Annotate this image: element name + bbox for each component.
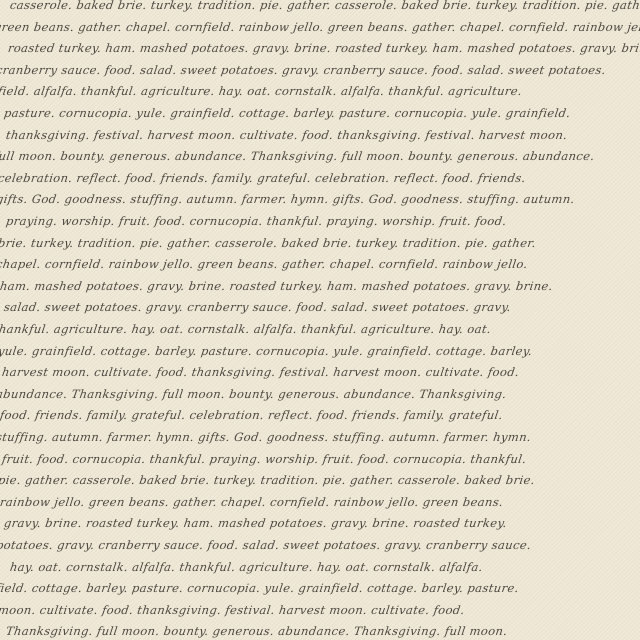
script-text-row: fruit. food. cornucopia. thankful. prayi… — [1, 452, 527, 466]
script-text-row: roasted turkey. ham. mashed potatoes. gr… — [7, 41, 640, 55]
script-text-row: gravy. brine. roasted turkey. ham. mashe… — [3, 516, 508, 530]
fabric-pattern: casserole. baked brie. turkey. tradition… — [0, 0, 640, 640]
script-text-row: chapel. cornfield. rainbow jello. green … — [0, 257, 529, 271]
script-text-row: pie. gather. casserole. baked brie. turk… — [0, 473, 536, 487]
script-text-row: casserole. baked brie. turkey. tradition… — [9, 0, 640, 12]
script-text-row: field. alfalfa. thankful. agriculture. h… — [0, 84, 523, 98]
script-text-row: green beans. gather. chapel. cornfield. … — [0, 20, 640, 34]
script-text-row: field. cottage. barley. pasture. cornuco… — [0, 581, 520, 595]
script-text-row: harvest moon. cultivate. food. thanksgiv… — [1, 365, 520, 379]
script-text-row: gifts. God. goodness. stuffing. autumn. … — [0, 192, 576, 206]
script-text-row: pasture. cornucopia. yule. grainfield. c… — [3, 106, 572, 120]
script-text-row: abundance. Thanksgiving. full moon. boun… — [0, 387, 508, 401]
script-text-row: ham. mashed potatoes. gravy. brine. roas… — [0, 279, 554, 293]
script-text-row: salad. sweet potatoes. gravy. cranberry … — [3, 300, 512, 314]
script-text-row: Thanksgiving. full moon. bounty. generou… — [5, 624, 508, 638]
script-text-row: rainbow jello. green beans. gather. chap… — [0, 495, 504, 509]
script-text-row: potatoes. gravy. cranberry sauce. food. … — [0, 538, 532, 552]
script-text-row: moon. cultivate. food. thanksgiving. fes… — [0, 603, 466, 617]
script-text-row: thankful. agriculture. hay. oat. cornsta… — [0, 322, 492, 336]
script-text-row: praying. worship. fruit. food. cornucopi… — [5, 214, 508, 228]
script-text-row: thanksgiving. festival. harvest moon. cu… — [5, 128, 568, 142]
script-text-row: stuffing. autumn. farmer. hymn. gifts. G… — [0, 430, 532, 444]
script-text-row: celebration. reflect. food. friends. fam… — [0, 171, 527, 185]
script-text-row: full moon. bounty. generous. abundance. … — [0, 149, 596, 163]
script-text-row: hay. oat. cornstalk. alfalfa. thankful. … — [9, 560, 484, 574]
script-text-row: food. friends. family. grateful. celebra… — [0, 408, 504, 422]
script-text-row: cranberry sauce. food. salad. sweet pota… — [0, 63, 607, 77]
script-text-row: brie. turkey. tradition. pie. gather. ca… — [0, 236, 537, 250]
script-text-row: yule. grainfield. cottage. barley. pastu… — [0, 344, 533, 358]
